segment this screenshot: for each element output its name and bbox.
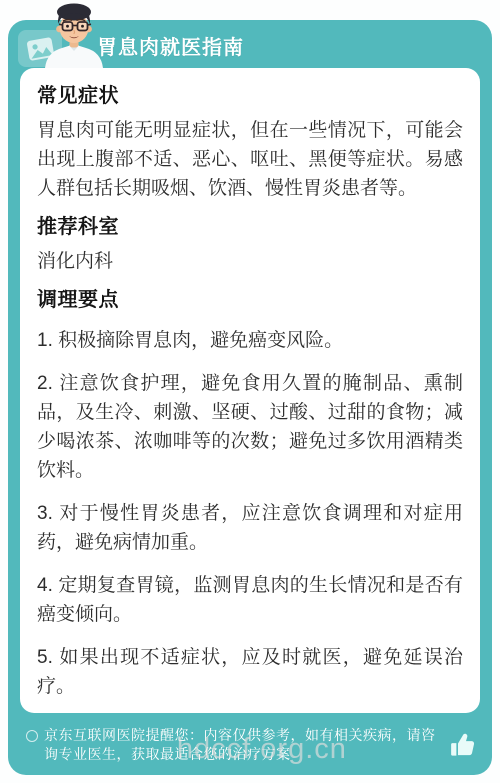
care-point-item: 1. 积极摘除胃息肉，避免癌变风险。 xyxy=(37,326,463,355)
care-point-item: 2. 注意饮食护理，避免食用久置的腌制品、熏制品，及生冷、刺激、坚硬、过酸、过甜… xyxy=(37,369,463,485)
doctor-avatar xyxy=(36,2,112,68)
section-recommended-department: 推荐科室 消化内科 xyxy=(37,215,463,276)
section-common-symptoms: 常见症状 胃息肉可能无明显症状，但在一些情况下，可能会出现上腹部不适、恶心、呕吐… xyxy=(37,84,463,203)
ring-icon xyxy=(26,730,38,742)
section-paragraph: 消化内科 xyxy=(37,247,463,276)
care-point-item: 4. 定期复查胃镜，监测胃息肉的生长情况和是否有癌变倾向。 xyxy=(37,571,463,629)
section-heading: 常见症状 xyxy=(37,84,463,108)
thumbs-up-icon xyxy=(448,730,478,760)
guide-card: 胃息肉就医指南 常见症状 胃息肉可能无明显症状，但在一些情况下，可能会出现上腹部… xyxy=(8,20,492,775)
section-paragraph: 胃息肉可能无明显症状，但在一些情况下，可能会出现上腹部不适、恶心、呕吐、黑便等症… xyxy=(37,116,463,203)
disclaimer-text: 京东互联网医院提醒您：内容仅供参考，如有相关疾病，请咨询专业医生，获取最适合您的… xyxy=(44,726,440,764)
page-title: 胃息肉就医指南 xyxy=(97,31,244,60)
thumbs-up-button[interactable] xyxy=(446,728,480,762)
section-heading: 推荐科室 xyxy=(37,215,463,239)
section-care-points: 调理要点 1. 积极摘除胃息肉，避免癌变风险。 2. 注意饮食护理，避免食用久置… xyxy=(37,288,463,701)
content-panel: 常见症状 胃息肉可能无明显症状，但在一些情况下，可能会出现上腹部不适、恶心、呕吐… xyxy=(20,68,480,713)
card-footer: 京东互联网医院提醒您：内容仅供参考，如有相关疾病，请咨询专业医生，获取最适合您的… xyxy=(8,713,492,775)
care-point-item: 5. 如果出现不适症状，应及时就医，避免延误治疗。 xyxy=(37,643,463,701)
section-heading: 调理要点 xyxy=(37,288,463,312)
care-point-item: 3. 对于慢性胃炎患者，应注意饮食调理和对症用药，避免病情加重。 xyxy=(37,499,463,557)
